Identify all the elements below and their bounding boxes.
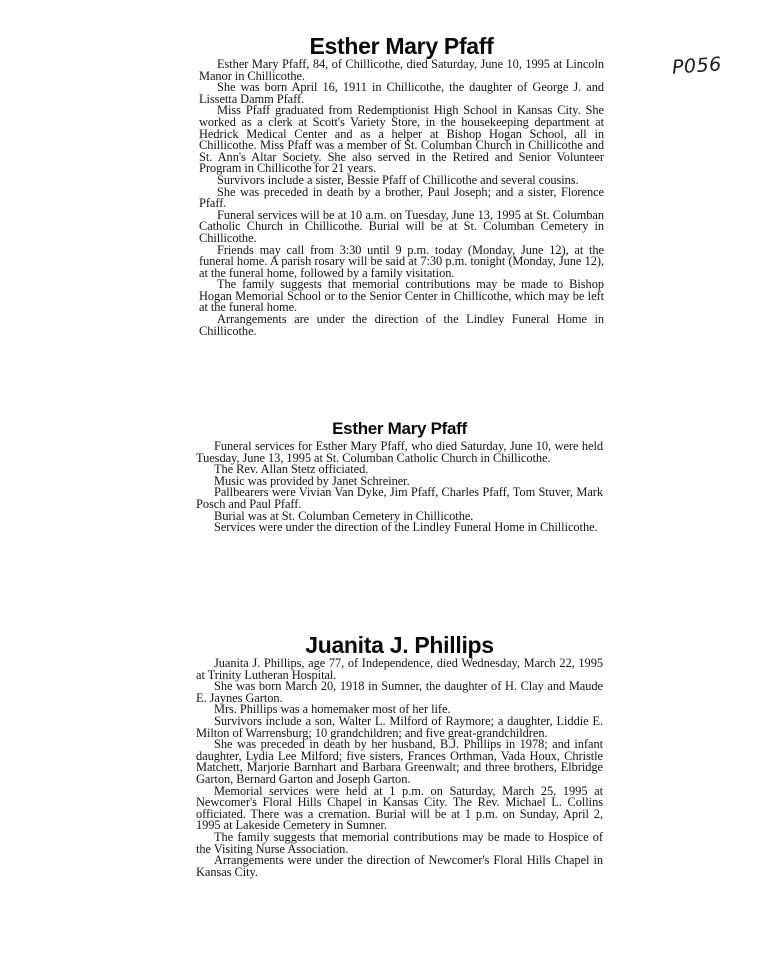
obituary-paragraph: Survivors include a son, Walter L. Milfo… — [196, 716, 603, 739]
obituary-paragraph: Memorial services were held at 1 p.m. on… — [196, 786, 603, 832]
notice-paragraph: Services were under the direction of the… — [196, 522, 603, 534]
obituary-clipping-esther-pfaff: Esther Mary Pfaff Esther Mary Pfaff, 84,… — [199, 33, 604, 337]
obituary-heading: Juanita J. Phillips — [196, 632, 603, 658]
obituary-paragraph: She was born March 20, 1918 in Sumner, t… — [196, 681, 603, 704]
notice-paragraph: Funeral services for Esther Mary Pfaff, … — [196, 441, 603, 464]
handwritten-page-label: P056 — [671, 53, 722, 78]
funeral-notice-esther-pfaff: Esther Mary Pfaff Funeral services for E… — [196, 419, 603, 534]
obituary-paragraph: Esther Mary Pfaff, 84, of Chillicothe, d… — [199, 59, 604, 82]
obituary-paragraph: Juanita J. Phillips, age 77, of Independ… — [196, 658, 603, 681]
obituary-paragraph: Friends may call from 3:30 until 9 p.m. … — [199, 245, 604, 280]
obituary-paragraph: She was born April 16, 1911 in Chillicot… — [199, 82, 604, 105]
obituary-clipping-juanita-phillips: Juanita J. Phillips Juanita J. Phillips,… — [196, 632, 603, 878]
obituary-heading: Esther Mary Pfaff — [199, 33, 604, 59]
notice-heading: Esther Mary Pfaff — [196, 419, 603, 439]
notice-paragraph: Pallbearers were Vivian Van Dyke, Jim Pf… — [196, 487, 603, 510]
obituary-paragraph: The family suggests that memorial contri… — [199, 279, 604, 314]
obituary-paragraph: Funeral services will be at 10 a.m. on T… — [199, 210, 604, 245]
obituary-paragraph: The family suggests that memorial contri… — [196, 832, 603, 855]
obituary-paragraph: Arrangements are under the direction of … — [199, 314, 604, 337]
obituary-paragraph: Miss Pfaff graduated from Redemptionist … — [199, 105, 604, 175]
obituary-paragraph: She was preceded in death by a brother, … — [199, 187, 604, 210]
obituary-paragraph: She was preceded in death by her husband… — [196, 739, 603, 785]
obituary-paragraph: Arrangements were under the direction of… — [196, 855, 603, 878]
